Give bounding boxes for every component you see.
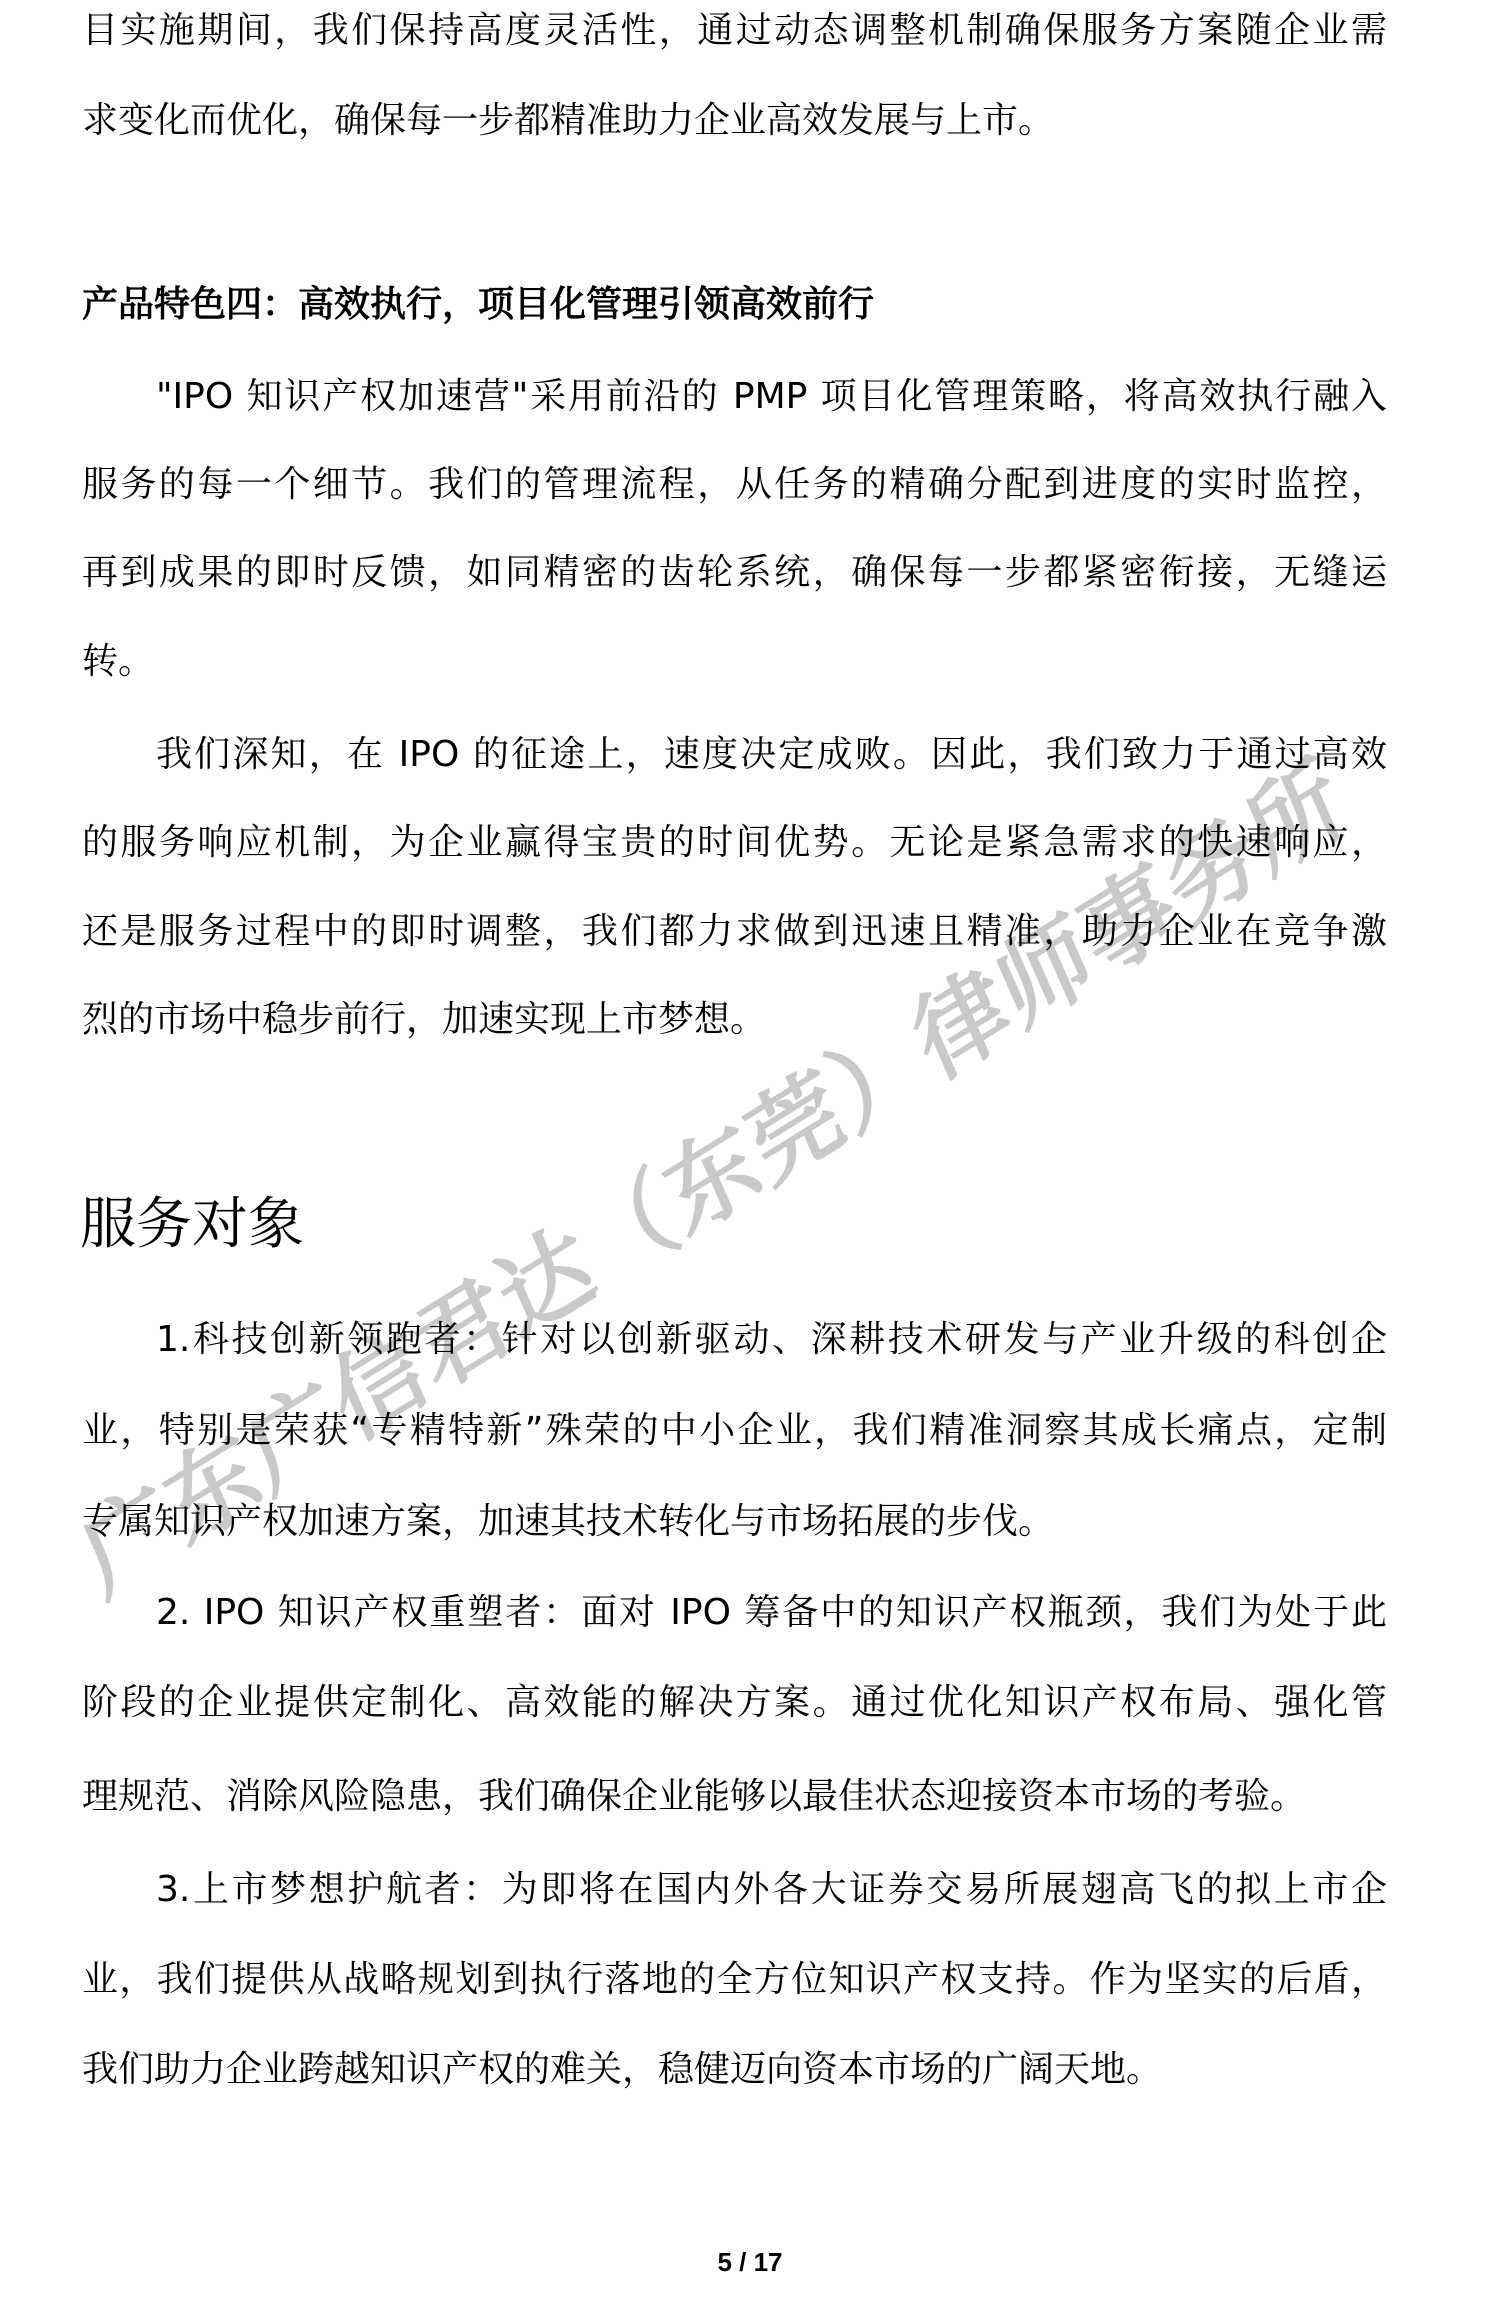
section-heading: 服务对象 xyxy=(80,1185,304,1265)
page-number: 5 / 17 xyxy=(0,2240,1500,2284)
list-item-line: 专属知识产权加速方案，加速其技术转化与市场拓展的步伐。 xyxy=(82,1492,1387,1552)
paragraph-line: 转。 xyxy=(82,632,1387,692)
document-page: 广东广信君达（东莞）律师事务所 目实施期间，我们保持高度灵活性，通过动态调整机制… xyxy=(0,0,1500,2322)
paragraph-line: 烈的市场中稳步前行，加速实现上市梦想。 xyxy=(82,990,1387,1050)
list-item-line: 3.上市梦想护航者：为即将在国内外各大证券交易所展翅高飞的拟上市企 xyxy=(156,1860,1387,1920)
paragraph-line: "IPO 知识产权加速营"采用前沿的 PMP 项目化管理策略，将高效执行融入 xyxy=(156,367,1387,427)
list-item-line: 1.科技创新领跑者：针对以创新驱动、深耕技术研发与产业升级的科创企 xyxy=(156,1310,1387,1370)
paragraph-line: 求变化而优化，确保每一步都精准助力企业高效发展与上市。 xyxy=(82,91,1387,151)
paragraph-line: 还是服务过程中的即时调整，我们都力求做到迅速且精准，助力企业在竞争激 xyxy=(82,902,1387,962)
paragraph-line: 服务的每一个细节。我们的管理流程，从任务的精确分配到进度的实时监控， xyxy=(82,455,1387,515)
paragraph-line: 的服务响应机制，为企业赢得宝贵的时间优势。无论是紧急需求的快速响应， xyxy=(82,813,1387,873)
list-item-line: 业，我们提供从战略规划到执行落地的全方位知识产权支持。作为坚实的后盾， xyxy=(82,1950,1387,2010)
list-item-line: 阶段的企业提供定制化、高效能的解决方案。通过优化知识产权布局、强化管 xyxy=(82,1673,1387,1733)
list-item-line: 我们助力企业跨越知识产权的难关，稳健迈向资本市场的广阔天地。 xyxy=(82,2040,1387,2100)
list-item-line: 2. IPO 知识产权重塑者：面对 IPO 筹备中的知识产权瓶颈，我们为处于此 xyxy=(156,1583,1387,1643)
paragraph-line: 再到成果的即时反馈，如同精密的齿轮系统，确保每一步都紧密衔接，无缝运 xyxy=(82,543,1387,603)
paragraph-line: 我们深知，在 IPO 的征途上，速度决定成败。因此，我们致力于通过高效 xyxy=(156,725,1387,785)
list-item-line: 理规范、消除风险隐患，我们确保企业能够以最佳状态迎接资本市场的考验。 xyxy=(82,1767,1387,1827)
list-item-line: 业，特别是荣获“专精特新”殊荣的中小企业，我们精准洞察其成长痛点，定制 xyxy=(82,1401,1387,1461)
paragraph-line: 目实施期间，我们保持高度灵活性，通过动态调整机制确保服务方案随企业需 xyxy=(82,1,1387,61)
section-subheading: 产品特色四：高效执行，项目化管理引领高效前行 xyxy=(82,275,1387,335)
